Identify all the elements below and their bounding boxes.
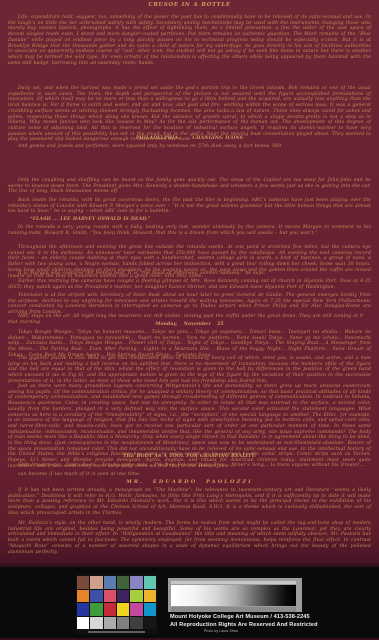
photographed-artwork: CRUSOE IN A BOTTLE Life, expenditure hel… xyxy=(0,0,379,640)
color-swatch xyxy=(77,617,89,630)
heading-monday: Monday, November 25 xyxy=(8,322,371,328)
heading-body-as-tool: THE BODY AS A TOOL FOR GRASPING REALITY: xyxy=(8,454,371,460)
line-gowns: And gowns and jewels and perfumes, were … xyxy=(8,144,371,150)
page-title: CRUSOE IN A BOTTLE xyxy=(8,3,371,9)
heading-mr-paolozzi: MR. EDUARDO PAOLOZZI xyxy=(8,480,371,486)
paragraph-life: Life, expenditure held, suggest, too, so… xyxy=(8,15,371,66)
color-swatch xyxy=(130,603,142,616)
color-swatch xyxy=(90,603,102,616)
color-swatch xyxy=(104,576,116,589)
paragraph-coughing: Only the coughing and shuffling can be h… xyxy=(8,178,371,195)
paragraph-the-machine: If it has not been written already, a mo… xyxy=(8,488,371,517)
museum-credit-line1: Mount Holyoke College Art Museum / 413-5… xyxy=(170,614,370,622)
line-flash-bulletin: “FLASH ... LEE HARVEY OSWALD IS DEAD.” xyxy=(8,217,371,223)
line-morgan: It is Morgan who captures the feeling be… xyxy=(8,271,371,277)
heading-philadelphia: PHILADELPHIA: CHANGING ICONS xyxy=(8,136,371,142)
paragraph-tokyo-songs: Tokyo Boogie Woogie.. Tokyo no hanauri m… xyxy=(8,330,371,359)
line-song-titles: Shin Atsukimura... Tanko Bushi... Tanuko… xyxy=(8,463,371,469)
line-can-become: can become if too much of it is seen at … xyxy=(8,472,371,478)
grayscale-wedge xyxy=(168,578,302,612)
photo-credit: Photo by Laura Shea xyxy=(204,629,370,634)
color-swatch xyxy=(117,576,129,589)
grayscale-gradient xyxy=(171,585,296,606)
paragraph-young-couple: In the rotunda a very young couple with … xyxy=(8,225,371,236)
page-title-text: CRUSOE IN A BOTTLE xyxy=(148,2,230,8)
color-swatch xyxy=(77,590,89,603)
color-swatch xyxy=(104,617,116,630)
grayscale-lower-strip xyxy=(171,607,296,612)
color-checker-caption xyxy=(88,631,145,633)
color-swatch xyxy=(117,603,129,616)
color-swatch xyxy=(90,617,102,630)
color-swatch xyxy=(104,603,116,616)
color-swatch xyxy=(130,576,142,589)
color-swatch xyxy=(144,617,156,630)
color-swatch xyxy=(104,590,116,603)
paragraph-rotunda: Back inside the rotunda, with its great … xyxy=(8,198,371,215)
color-swatch xyxy=(144,603,156,616)
paragraph-television: Television is at the airport with Secret… xyxy=(8,293,371,316)
grayscale-highlight-strip xyxy=(171,581,296,584)
paragraph-gigantic-puzzle: The gigantic puzzle is this: How to get … xyxy=(8,356,371,385)
museum-credit: Mount Holyoke College Art Museum / 413-5… xyxy=(170,614,370,634)
paragraph-earlier: Earlier this morning the cameras have ca… xyxy=(8,279,371,290)
color-checker-grid xyxy=(77,576,156,629)
paragraph-paolozzi-style: Mr. Paolozzi’s style, on the other hand,… xyxy=(8,521,371,555)
color-swatch xyxy=(130,617,142,630)
color-swatch xyxy=(77,576,89,589)
maroon-print-page: CRUSOE IN A BOTTLE Life, expenditure hel… xyxy=(0,0,379,567)
color-swatch xyxy=(144,576,156,589)
color-swatch xyxy=(144,590,156,603)
color-swatch xyxy=(130,590,142,603)
museum-credit-line2: All Reproduction Rights Are Reserved And… xyxy=(170,622,370,630)
color-swatch xyxy=(117,617,129,630)
color-checker-card xyxy=(76,574,157,634)
color-swatch xyxy=(117,590,129,603)
color-swatch xyxy=(90,590,102,603)
color-swatch xyxy=(77,603,89,616)
color-swatch xyxy=(90,576,102,589)
paragraph-daily: Daily set, and when the harvest was made… xyxy=(8,86,371,143)
